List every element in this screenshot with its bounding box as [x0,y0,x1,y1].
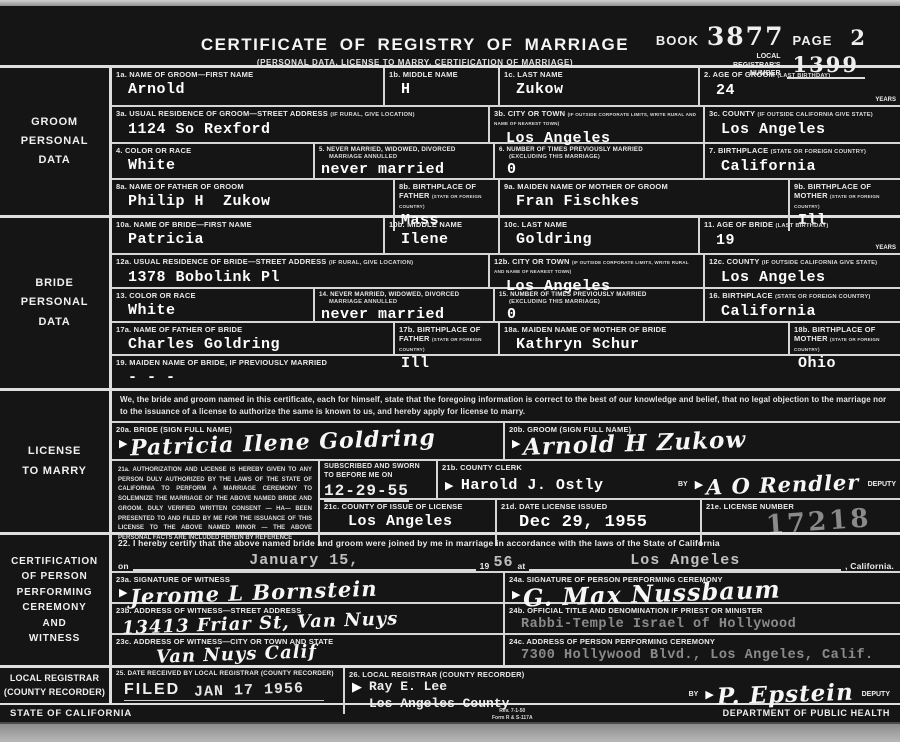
sidebar-groom-personal-data: GROOM PERSONAL DATA [0,68,112,215]
county-clerk-name: Harold J. Ostly [461,477,604,494]
section-bride: BRIDE PERSONAL DATA 10a. NAME OF BRIDE—F… [0,215,900,388]
field-21d-label: 21d. DATE LICENSE ISSUED [501,502,696,511]
sworn-cell: SUBSCRIBED AND SWORN TO BEFORE ME ON 12-… [320,461,438,498]
field-18a-label: 18a. MAIDEN NAME OF MOTHER OF BRIDE [504,325,784,334]
sidebar-bride-personal-data: BRIDE PERSONAL DATA [0,218,112,388]
by-label: BY [678,481,688,488]
field-25-label: 25. DATE RECEIVED BY LOCAL REGISTRAR (CO… [116,670,339,678]
field-7: 7. BIRTHPLACE (STATE OR FOREIGN COUNTRY)… [705,144,900,178]
field-5: 5. NEVER MARRIED, WIDOWED, DIVORCEDMARRI… [315,144,495,178]
field-15-label: 15. NUMBER OF TIMES PREVIOUSLY MARRIED [499,291,647,298]
field-22: 22. I hereby certify that the above name… [112,535,900,571]
field-10b-value: Ilene [401,231,494,248]
field-3a-value: 1124 So Rexford [128,121,484,138]
arrow-icon: ▶ [352,679,362,695]
by-label: BY [689,691,699,698]
arrow-icon: ▶ [695,478,703,491]
field-12c-label: 12c. COUNTY [709,257,759,266]
field-10a-value: Patricia [128,231,379,248]
groom-signature: Arnold H Zukow [523,428,747,459]
field-20b: 20b. GROOM (SIGN FULL NAME) ▶ Arnold H Z… [505,423,900,459]
field-1a: 1a. NAME OF GROOM—FIRST NAME Arnold [112,68,385,105]
header: CERTIFICATE OF REGISTRY OF MARRIAGE (PER… [0,6,900,65]
sidebar-local-registrar: LOCAL REGISTRAR (COUNTY RECORDER) [0,668,112,703]
field-1b: 1b. MIDDLE NAME H [385,68,500,105]
registrar-name-county: Ray E. Lee Los Angeles County [369,679,509,712]
field-10b: 10b. MIDDLE NAME Ilene [385,218,500,253]
field-10c-value: Goldring [516,231,694,248]
field-18a-value: Kathryn Schur [516,336,784,353]
field-2-unit: YEARS [875,97,896,103]
field-14-label: 14. NEVER MARRIED, WIDOWED, DIVORCED [319,291,459,298]
field-1c-label: 1c. LAST NAME [504,70,694,79]
arrow-icon: ▶ [512,437,520,450]
field-12a-label: 12a. USUAL RESIDENCE OF BRIDE—STREET ADD… [116,257,327,266]
field-7-label: 7. BIRTHPLACE [709,146,768,155]
field-16-sublabel: (STATE OR FOREIGN COUNTRY) [775,294,871,300]
field-20a: 20a. BRIDE (SIGN FULL NAME) ▶ Patricia I… [112,423,505,459]
field-9a-value: Fran Fischkes [516,193,784,210]
deputy-label: DEPUTY [862,691,890,698]
filed-stamp: FILED JAN 17 1956 [124,681,324,701]
field-11-value: 19 [716,232,896,249]
filed-date: JAN 17 1956 [194,680,305,701]
field-15-sublabel: (EXCLUDING THIS MARRIAGE) [509,299,699,306]
field-16-value: California [721,303,896,320]
certificate-document: CERTIFICATE OF REGISTRY OF MARRIAGE (PER… [0,6,900,722]
license-statement: We, the bride and groom named in this ce… [112,391,900,417]
field-21b: 21b. COUNTY CLERK ▶ Harold J. Ostly BY ▶… [438,461,900,498]
field-9a-label: 9a. MAIDEN NAME OF MOTHER OF GROOM [504,182,784,191]
field-17a: 17a. NAME OF FATHER OF BRIDE Charles Gol… [112,323,395,354]
field-26-label: 26. LOCAL REGISTRAR (COUNTY RECORDER) [349,670,896,679]
scan-edge-bottom [0,722,900,742]
field-14: 14. NEVER MARRIED, WIDOWED, DIVORCEDMARR… [315,289,495,321]
field-3c: 3c. COUNTY (IF OUTSIDE CALIFORNIA GIVE S… [705,107,900,142]
field-11-sublabel: (LAST BIRTHDAY) [775,223,828,229]
field-3c-sublabel: (IF OUTSIDE CALIFORNIA GIVE STATE) [757,112,873,118]
field-6-label: 6. NUMBER OF TIMES PREVIOUSLY MARRIED [499,146,643,153]
field-12b-label: 12b. CITY OR TOWN [494,257,570,266]
arrow-icon: ▶ [445,480,453,492]
field-14-value: never married [321,306,489,323]
year-prefix: 19 [480,561,490,571]
field-3b: 3b. CITY OR TOWN (IF OUTSIDE CORPORATE L… [490,107,705,142]
field-8a-value: Philip H Zukow [128,193,389,210]
field-18b: 18b. BIRTHPLACE OF MOTHER (STATE OR FORE… [790,323,900,354]
page-number: 2 [850,25,865,50]
field-25: 25. DATE RECEIVED BY LOCAL REGISTRAR (CO… [112,668,345,714]
field-1c: 1c. LAST NAME Zukow [500,68,700,105]
field-24b-label: 24b. OFFICIAL TITLE AND DENOMINATION IF … [509,606,896,615]
arrow-icon: ▶ [512,588,520,601]
at-label: at [517,561,525,571]
field-5-value: never married [321,161,489,178]
field-6-sublabel: (EXCLUDING THIS MARRIAGE) [509,154,699,161]
field-11: 11. AGE OF BRIDE (LAST BIRTHDAY) 19 YEAR… [700,218,900,253]
field-12a-sublabel: (IF RURAL, GIVE LOCATION) [329,260,413,266]
field-26: 26. LOCAL REGISTRAR (COUNTY RECORDER) ▶ … [345,668,900,714]
field-17b: 17b. BIRTHPLACE OF FATHER (STATE OR FORE… [395,323,500,354]
field-5-sublabel: MARRIAGE ANNULLED [329,154,489,161]
field-21d-value: Dec 29, 1955 [519,513,696,533]
field-4: 4. COLOR OR RACE White [112,144,315,178]
field-7-value: California [721,158,896,175]
field-1c-value: Zukow [516,81,694,98]
authorization-text: 21a. AUTHORIZATION AND LICENSE IS HEREBY… [118,463,312,544]
ceremony-date: January 15, [249,552,359,569]
on-label: on [118,561,129,571]
field-10c-label: 10c. LAST NAME [504,220,694,229]
state-suffix: , California. [845,561,894,571]
field-1b-label: 1b. MIDDLE NAME [389,70,494,79]
field-3c-value: Los Angeles [721,121,896,138]
field-13-value: White [128,302,309,319]
field-10a: 10a. NAME OF BRIDE—FIRST NAME Patricia [112,218,385,253]
field-24c: 24c. ADDRESS OF PERSON PERFORMING CEREMO… [505,635,900,667]
filed-label: FILED [124,681,180,699]
ceremony-date-line: January 15, [133,551,476,571]
arrow-icon: ▶ [119,586,127,599]
section-certification: CERTIFICATION OF PERSON PERFORMING CEREM… [0,532,900,665]
field-21c-label: 21c. COUNTY OF ISSUE OF LICENSE [324,502,491,511]
page-subtitle: (PERSONAL DATA, LICENSE TO MARRY, CERTIF… [165,58,665,67]
field-1a-label: 1a. NAME OF GROOM—FIRST NAME [116,70,379,79]
deputy-label: DEPUTY [868,481,896,488]
field-23c: 23c. ADDRESS OF WITNESS—CITY OR TOWN AND… [112,635,505,667]
field-12a-value: 1378 Bobolink Pl [128,269,484,286]
ceremony-place: Los Angeles [630,552,740,569]
book-number: 3877 [707,22,785,51]
field-3c-label: 3c. COUNTY [709,109,755,118]
field-12c-sublabel: (IF OUTSIDE CALIFORNIA GIVE STATE) [762,260,878,266]
section-license: LICENSE TO MARRY We, the bride and groom… [0,388,900,532]
field-8a-label: 8a. NAME OF FATHER OF GROOM [116,182,389,191]
officiant-address-value: 7300 Hollywood Blvd., Los Angeles, Calif… [521,648,896,664]
book-label: BOOK [656,33,699,48]
field-23a: 23a. SIGNATURE OF WITNESS ▶ Jerome L Bor… [112,573,505,602]
field-1a-value: Arnold [128,81,379,98]
field-24a: 24a. SIGNATURE OF PERSON PERFORMING CERE… [505,573,900,602]
field-17a-value: Charles Goldring [128,336,389,353]
field-4-value: White [128,157,309,174]
field-10a-label: 10a. NAME OF BRIDE—FIRST NAME [116,220,379,229]
certificate-page: CERTIFICATE OF REGISTRY OF MARRIAGE (PER… [0,0,900,742]
page-title: CERTIFICATE OF REGISTRY OF MARRIAGE [165,35,665,55]
sidebar-certification: CERTIFICATION OF PERSON PERFORMING CEREM… [0,535,112,665]
field-4-label: 4. COLOR OR RACE [116,146,309,155]
field-6-value: 0 [507,161,699,178]
field-19-label: 19. MAIDEN NAME OF BRIDE, IF PREVIOUSLY … [116,358,896,367]
sidebar-license-to-marry: LICENSE TO MARRY [0,391,112,532]
form-grid: GROOM PERSONAL DATA 1a. NAME OF GROOM—FI… [0,65,900,703]
sworn-label: SUBSCRIBED AND SWORN TO BEFORE ME ON [324,463,432,481]
arrow-icon: ▶ [705,688,713,701]
field-3a-sublabel: (IF RURAL, GIVE LOCATION) [330,112,414,118]
field-1b-value: H [401,81,494,98]
field-19: 19. MAIDEN NAME OF BRIDE, IF PREVIOUSLY … [112,356,900,389]
field-21a: 21a. AUTHORIZATION AND LICENSE IS HEREBY… [112,461,320,546]
page-label: PAGE [792,33,832,48]
field-19-value: - - - [128,369,896,386]
sworn-date-value: 12-29-55 [324,482,409,502]
field-2-value: 24 [716,82,896,99]
field-3b-label: 3b. CITY OR TOWN [494,109,565,118]
field-15: 15. NUMBER OF TIMES PREVIOUSLY MARRIED(E… [495,289,705,321]
field-12c: 12c. COUNTY (IF OUTSIDE CALIFORNIA GIVE … [705,255,900,287]
certify-text: 22. I hereby certify that the above name… [118,538,894,548]
field-3a-label: 3a. USUAL RESIDENCE OF GROOM—STREET ADDR… [116,109,328,118]
field-13: 13. COLOR OR RACE White [112,289,315,321]
field-15-value: 0 [507,306,699,323]
field-18a: 18a. MAIDEN NAME OF MOTHER OF BRIDE Kath… [500,323,790,354]
field-24b: 24b. OFFICIAL TITLE AND DENOMINATION IF … [505,604,900,633]
field-11-label: 11. AGE OF BRIDE [704,220,773,229]
section-registrar: LOCAL REGISTRAR (COUNTY RECORDER) 25. DA… [0,665,900,703]
field-12c-value: Los Angeles [721,269,896,286]
field-7-sublabel: (STATE OR FOREIGN COUNTRY) [771,149,867,155]
field-11-unit: YEARS [875,245,896,251]
field-16: 16. BIRTHPLACE (STATE OR FOREIGN COUNTRY… [705,289,900,321]
registrar-deputy-signature: P. Epstein [716,681,854,709]
field-10c: 10c. LAST NAME Goldring [500,218,700,253]
field-12a: 12a. USUAL RESIDENCE OF BRIDE—STREET ADD… [112,255,490,287]
field-13-label: 13. COLOR OR RACE [116,291,309,300]
field-5-label: 5. NEVER MARRIED, WIDOWED, DIVORCED [319,146,456,153]
field-17a-label: 17a. NAME OF FATHER OF BRIDE [116,325,389,334]
clerk-deputy-signature: A O Rendler [706,472,860,498]
section-groom: GROOM PERSONAL DATA 1a. NAME OF GROOM—FI… [0,65,900,215]
witness-city-value: Van Nuys Calif [156,644,318,668]
field-14-sublabel: MARRIAGE ANNULLED [329,299,489,306]
field-3a: 3a. USUAL RESIDENCE OF GROOM—STREET ADDR… [112,107,490,142]
arrow-icon: ▶ [119,437,127,450]
field-2-sublabel: (LAST BIRTHDAY) [777,73,830,79]
ceremony-place-line: Los Angeles [529,551,841,571]
field-10b-label: 10b. MIDDLE NAME [389,220,494,229]
field-2-label: 2. AGE OF GROOM [704,70,775,79]
field-23b: 23b. ADDRESS OF WITNESS—STREET ADDRESS 1… [112,604,505,633]
field-24c-label: 24c. ADDRESS OF PERSON PERFORMING CEREMO… [509,637,896,646]
field-6: 6. NUMBER OF TIMES PREVIOUSLY MARRIED(EX… [495,144,705,178]
field-21c-value: Los Angeles [348,513,491,530]
field-16-label: 16. BIRTHPLACE [709,291,773,300]
field-12b: 12b. CITY OR TOWN (IF OUTSIDE CORPORATE … [490,255,705,287]
year-value: 56 [493,554,513,571]
officiant-title-value: Rabbi-Temple Israel of Hollywood [521,617,896,633]
field-2: 2. AGE OF GROOM (LAST BIRTHDAY) 24 YEARS [700,68,900,105]
